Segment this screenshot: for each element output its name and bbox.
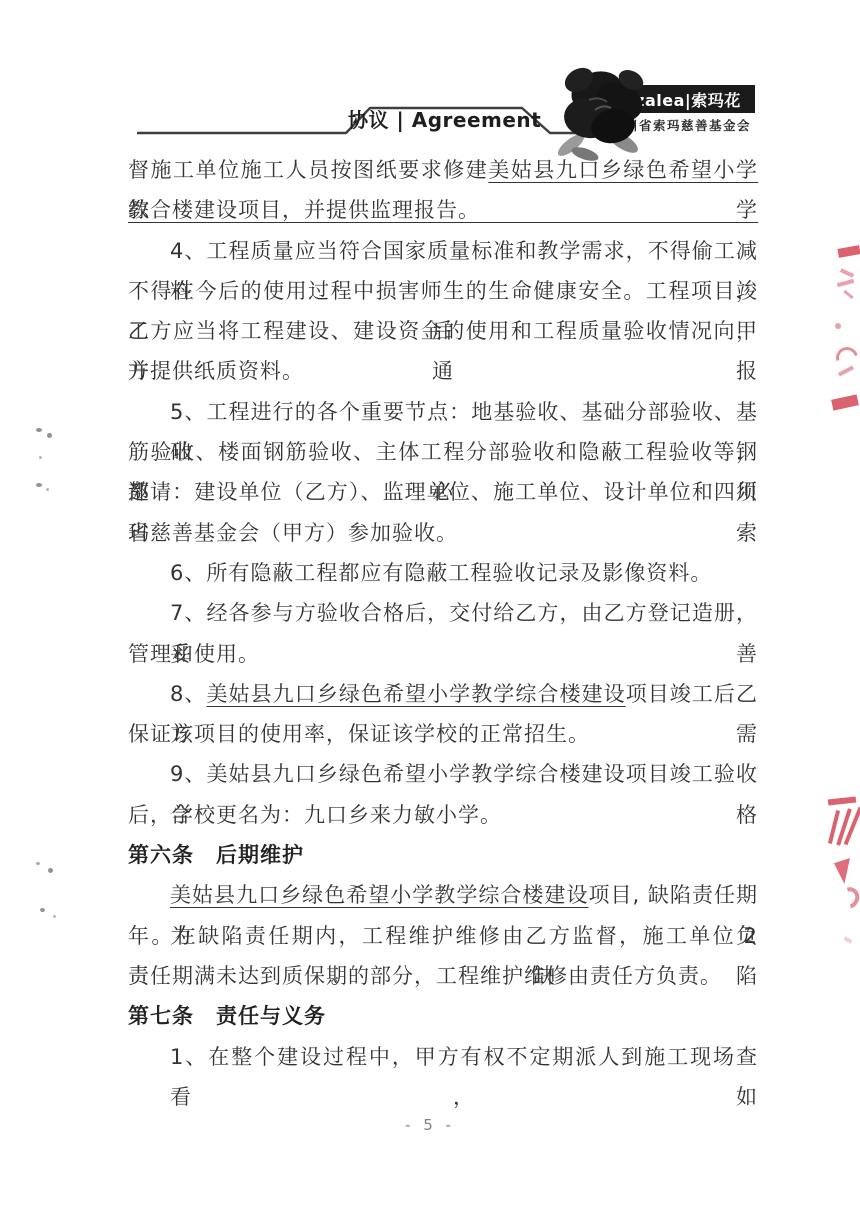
text-line: 7、经各参与方验收合格后，交付给乙方，由乙方登记造册，妥善 <box>128 593 758 633</box>
text-line: 督施工单位施工人员按图纸要求修建美姑县九口乡绿色希望小学教学 <box>128 150 758 190</box>
text-line: 6、所有隐蔽工程都应有隐蔽工程验收记录及影像资料。 <box>128 553 758 593</box>
text-line: 8、美姑县九口乡绿色希望小学教学综合楼建设项目竣工后乙方需 <box>128 674 758 714</box>
text-line: 不得在今后的使用过程中损害师生的生命健康安全。工程项目竣工后， <box>128 271 758 311</box>
text-segment: 6、所有隐蔽工程都应有隐蔽工程验收记录及影像资料。 <box>170 561 712 585</box>
underlined-text: 美姑县九口乡绿色希望小学教学综合楼建设 <box>170 883 588 907</box>
text-segment: 督施工单位施工人员按图纸要求修建 <box>128 158 488 182</box>
section-heading: 第七条 责任与义务 <box>128 996 758 1036</box>
scan-speck <box>36 862 40 865</box>
scan-speck <box>40 908 45 912</box>
text-line: 筋验收、楼面钢筋验收、主体工程分部验收和隐蔽工程验收等，都必须 <box>128 432 758 472</box>
section-heading: 第六条 后期维护 <box>128 835 758 875</box>
text-segment: 保证该项目的使用率，保证该学校的正常招生。 <box>128 722 590 746</box>
scan-speck <box>39 456 42 459</box>
text-segment: 第六条 后期维护 <box>128 843 304 867</box>
scan-speck <box>36 483 42 487</box>
underlined-text: 综合楼建设 <box>128 198 238 222</box>
scan-speck <box>48 868 53 873</box>
text-segment: 责任期满未达到质保期的部分，工程维护维修由责任方负责。 <box>128 964 722 988</box>
text-segment: 并提供纸质资料。 <box>128 359 304 383</box>
text-line: 美姑县九口乡绿色希望小学教学综合楼建设项目, 缺陷责任期为 2 <box>128 875 758 915</box>
text-line: 邀请：建设单位（乙方）、监理单位、施工单位、设计单位和四川省索 <box>128 472 758 512</box>
scan-speck <box>36 428 42 432</box>
text-line: 乙方应当将工程建设、建设资金的使用和工程质量验收情况向甲方通报 <box>128 311 758 351</box>
document-page: 协议 | Agreement Azalea|索玛花 四川省索玛慈善基金会 督施工… <box>0 0 860 1216</box>
document-body: 督施工单位施工人员按图纸要求修建美姑县九口乡绿色希望小学教学综合楼建设项目，并提… <box>128 150 758 1077</box>
text-line: 1、在整个建设过程中，甲方有权不定期派人到施工现场查看，如 <box>128 1037 758 1077</box>
scan-speck <box>46 488 49 491</box>
text-line: 年。在缺陷责任期内，工程维护维修由乙方监督，施工单位负责。缺陷 <box>128 916 758 956</box>
text-segment: 管理和使用。 <box>128 642 260 666</box>
text-segment: 项目，并提供监理报告。 <box>238 198 480 222</box>
scan-speck <box>53 915 56 918</box>
text-segment: 后，学校更名为：九口乡来力敏小学。 <box>128 803 502 827</box>
red-stamp-fragment-upper-icon <box>824 243 860 418</box>
text-segment: 玛慈善基金会（甲方）参加验收。 <box>128 521 458 545</box>
text-line: 4、工程质量应当符合国家质量标准和教学需求，不得偷工减料， <box>128 231 758 271</box>
underlined-text: 美姑县九口乡绿色希望小学教学综合楼建设 <box>207 682 626 706</box>
header-title: 协议 | Agreement <box>348 104 528 133</box>
text-segment: 第七条 责任与义务 <box>128 1004 326 1028</box>
text-line: 5、工程进行的各个重要节点：地基验收、基础分部验收、基础钢 <box>128 392 758 432</box>
text-segment: 8、 <box>170 682 207 706</box>
page-number: - 5 - <box>0 1116 860 1134</box>
scan-speck <box>47 433 52 438</box>
red-stamp-fragment-lower-icon <box>818 792 860 952</box>
text-line: 9、美姑县九口乡绿色希望小学教学综合楼建设项目竣工验收合格 <box>128 754 758 794</box>
text-line: 责任期满未达到质保期的部分，工程维护维修由责任方负责。 <box>128 956 758 996</box>
text-segment: 1、在整个建设过程中，甲方有权不定期派人到施工现场查看，如 <box>170 1045 758 1109</box>
